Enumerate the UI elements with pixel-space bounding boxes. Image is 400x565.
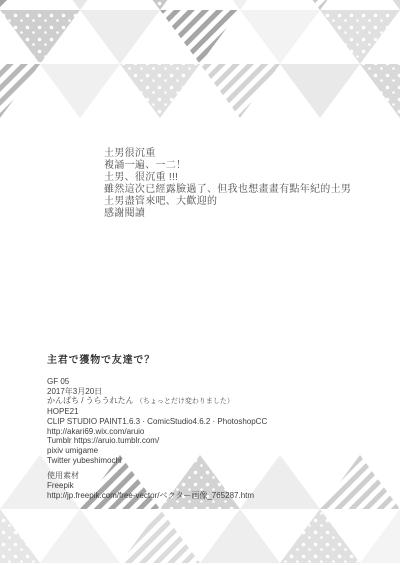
triangle-row-1 — [0, 10, 400, 64]
credits-twitter-handle: Twitter yubeshimochi — [47, 456, 267, 466]
book-title: 主君で獲物で友達で？ — [47, 355, 267, 367]
message-line: 土男很沉重 — [104, 148, 351, 160]
triangle-pattern-top-decoration — [0, 0, 400, 120]
credits-author-line: かんばち / うらうれたん （ちょっとだけ変わりました） — [47, 396, 267, 407]
credits-tumblr-url: Tumblr https://aruio.tumblr.com/ — [47, 436, 267, 446]
message-line: 複誦一遍、一二！ — [104, 160, 351, 172]
credits-website-url: http://akari69.wix.com/aruio — [47, 427, 267, 437]
materials-section: 使用素材 Freepik http://jp.freepik.com/free-… — [47, 471, 267, 500]
credits-tools: CLIP STUDIO PAINT1.6.3 · ComicStudio4.6.… — [47, 417, 267, 427]
materials-source-name: Freepik — [47, 481, 267, 491]
triangle-row-b — [0, 509, 400, 563]
credits-circle-code: GF 05 — [47, 377, 267, 387]
afterword-page: 土男很沉重 複誦一遍、一二！ 土男、很沉重 !!! 雖然這次已經露臉過了、但我也… — [0, 0, 400, 565]
triangle-row-tips — [0, 0, 400, 10]
message-paragraph-line: 土男盡管來吧、大歡迎的 — [104, 196, 351, 208]
credits-author-note: （ちょっとだけ変わりました） — [136, 398, 234, 405]
credits-author: かんばち / うらうれたん — [47, 396, 134, 405]
materials-heading: 使用素材 — [47, 471, 267, 481]
credits-event: HOPE21 — [47, 407, 267, 417]
message-paragraph-line: 雖然這次已經露臉過了、但我也想畫畫有點年紀的土男 — [104, 184, 351, 196]
triangle-row-2 — [0, 64, 400, 118]
message-line: 土男、很沉重 !!! — [104, 172, 351, 184]
message-thanks: 感謝閱讀 — [104, 208, 351, 220]
credits-block: 主君で獲物で友達で？ GF 05 2017年3月20日 かんばち / うらうれた… — [47, 355, 267, 500]
credits-pixiv-handle: pixiv umigame — [47, 446, 267, 456]
afterword-message: 土男很沉重 複誦一遍、一二！ 土男、很沉重 !!! 雖然這次已經露臉過了、但我也… — [104, 148, 351, 220]
materials-source-url: http://jp.freepik.com/free-vector/ベクター画像… — [47, 491, 267, 501]
credits-date: 2017年3月20日 — [47, 387, 267, 397]
